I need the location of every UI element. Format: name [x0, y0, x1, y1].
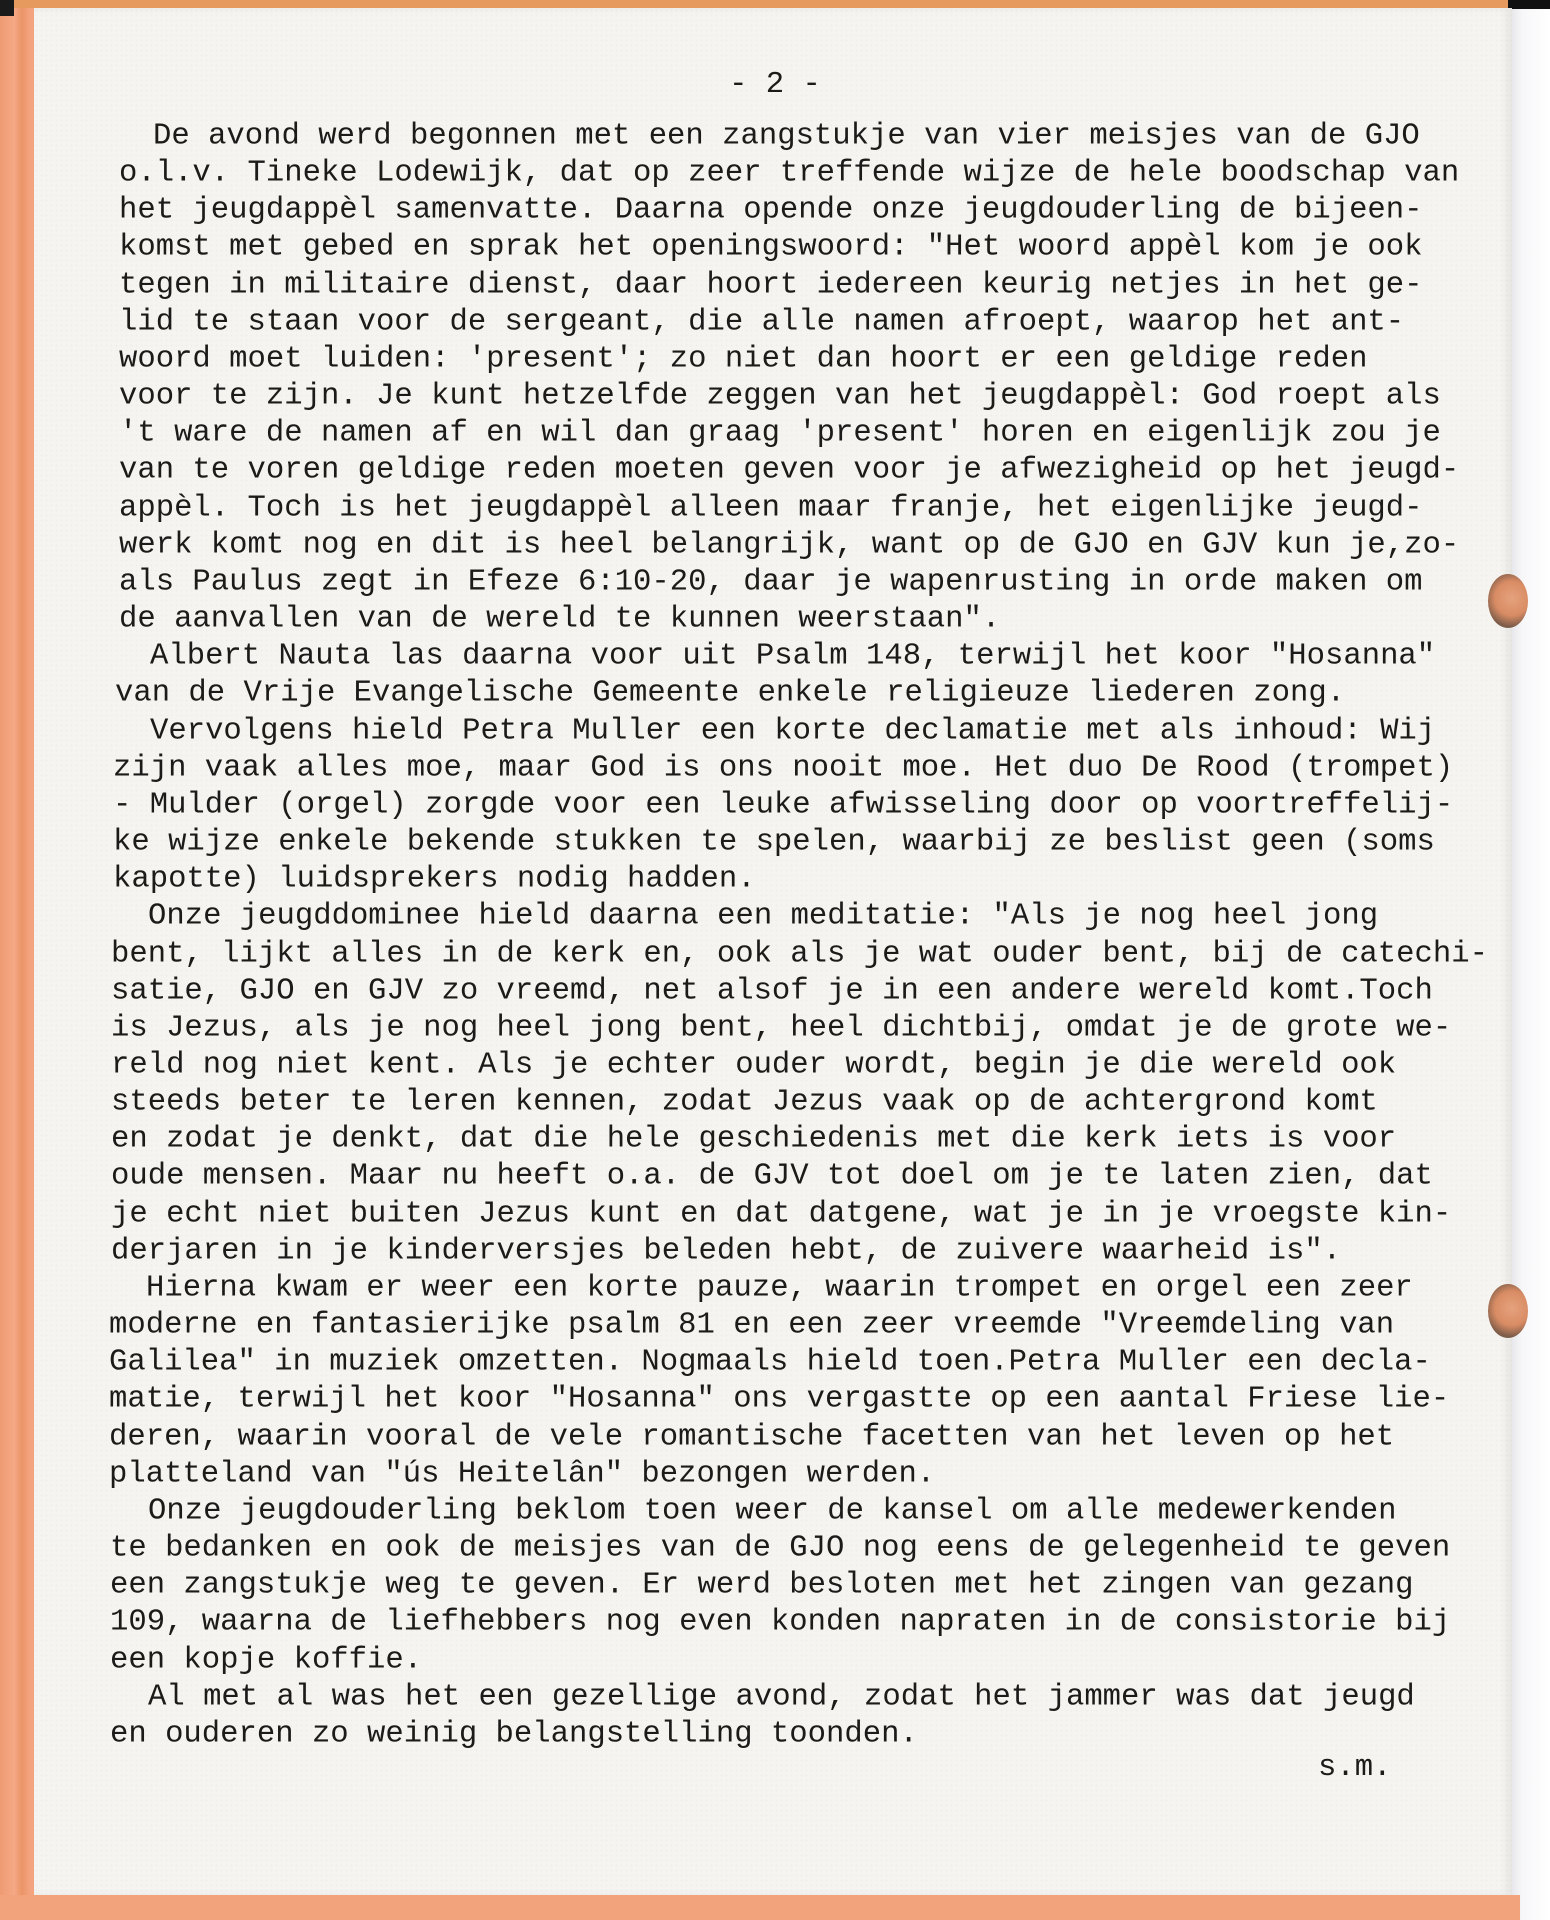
text-line: de aanvallen van de wereld te kunnen wee…	[119, 602, 1000, 639]
text-line: en zodat je denkt, dat die hele geschied…	[111, 1122, 1396, 1159]
text-line: deren, waarin vooral de vele romantische…	[109, 1419, 1394, 1456]
text-line: tegen in militaire dienst, daar hoort ie…	[119, 267, 1423, 304]
paragraph-first-line: Hierna kwam er weer een korte pauze, waa…	[146, 1270, 1413, 1307]
paragraph-first-line: Albert Nauta las daarna voor uit Psalm 1…	[150, 639, 1435, 676]
punch-hole-icon	[1488, 574, 1528, 628]
text-line: woord moet luiden: 'present'; zo niet da…	[119, 341, 1367, 378]
text-line: is Jezus, als je nog heel jong bent, hee…	[111, 1010, 1451, 1047]
paragraph-first-line: Vervolgens hield Petra Muller een korte …	[150, 713, 1435, 750]
text-line: een zangstukje weg te geven. Er werd bes…	[110, 1568, 1414, 1605]
text-line: en ouderen zo weinig belangstelling toon…	[110, 1716, 918, 1753]
paragraph-first-line: De avond werd begonnen met een zangstukj…	[153, 119, 1420, 156]
text-line: te bedanken en ook de meisjes van de GJO…	[110, 1531, 1450, 1568]
scan-corner	[0, 0, 14, 16]
text-line: derjaren in je kinderversjes beleden heb…	[111, 1233, 1341, 1270]
text-line: komst met gebed en sprak het openingswoo…	[119, 230, 1423, 267]
author-signature: s.m.	[1318, 1751, 1391, 1785]
text-line: bent, lijkt alles in de kerk en, ook als…	[111, 936, 1488, 973]
text-line: Galilea" in muziek omzetten. Nogmaals hi…	[109, 1345, 1431, 1382]
text-line: kapotte) luidsprekers nodig hadden.	[113, 862, 756, 899]
punch-hole-icon	[1488, 1284, 1528, 1338]
text-line: reld nog niet kent. Als je echter ouder …	[111, 1048, 1396, 1085]
text-line: als Paulus zegt in Efeze 6:10-20, daar j…	[119, 564, 1423, 601]
scan-background-right	[1512, 0, 1550, 1920]
text-line: appèl. Toch is het jeugdappèl alleen maa…	[119, 490, 1423, 527]
text-line: oude mensen. Maar nu heeft o.a. de GJV t…	[111, 1159, 1433, 1196]
text-line: werk komt nog en dit is heel belangrijk,…	[119, 527, 1459, 564]
text-line: platteland van "ús Heitelân" bezongen we…	[109, 1456, 935, 1493]
text-line: een kopje koffie.	[110, 1642, 422, 1679]
text-line: - Mulder (orgel) zorgde voor een leuke a…	[113, 787, 1453, 824]
paragraph-first-line: Al met al was het een gezellige avond, z…	[148, 1679, 1415, 1716]
text-line: zijn vaak alles moe, maar God is ons noo…	[113, 750, 1453, 787]
text-line: satie, GJO en GJV zo vreemd, net alsof j…	[111, 973, 1433, 1010]
text-line: lid te staan voor de sergeant, die alle …	[119, 304, 1404, 341]
text-line: moderne en fantasierijke psalm 81 en een…	[109, 1308, 1394, 1345]
scan-corner-right	[1508, 0, 1550, 9]
text-line: 't ware de namen af en wil dan graag 'pr…	[119, 416, 1441, 453]
text-line: ke wijze enkele bekende stukken te spele…	[113, 825, 1435, 862]
orange-backing-top	[0, 0, 1520, 8]
text-line: matie, terwijl het koor "Hosanna" ons ve…	[109, 1382, 1449, 1419]
text-line: 109, waarna de liefhebbers nog even kond…	[110, 1605, 1450, 1642]
paragraph-first-line: Onze jeugddominee hield daarna een medit…	[148, 899, 1378, 936]
text-line: het jeugdappèl samenvatte. Daarna opende…	[119, 193, 1423, 230]
text-line: voor te zijn. Je kunt hetzelfde zeggen v…	[119, 379, 1441, 416]
text-line: o.l.v. Tineke Lodewijk, dat op zeer tref…	[119, 156, 1459, 193]
paragraph-first-line: Onze jeugdouderling beklom toen weer de …	[148, 1493, 1396, 1530]
text-line: steeds beter te leren kennen, zodat Jezu…	[111, 1085, 1378, 1122]
text-line: je echt niet buiten Jezus kunt en dat da…	[111, 1196, 1451, 1233]
orange-backing-left	[0, 0, 34, 1920]
orange-backing-bottom	[0, 1895, 1520, 1920]
text-line: van te voren geldige reden moeten geven …	[119, 453, 1459, 490]
page-number: - 2 -	[0, 68, 1550, 102]
text-line: van de Vrije Evangelische Gemeente enkel…	[115, 676, 1345, 713]
